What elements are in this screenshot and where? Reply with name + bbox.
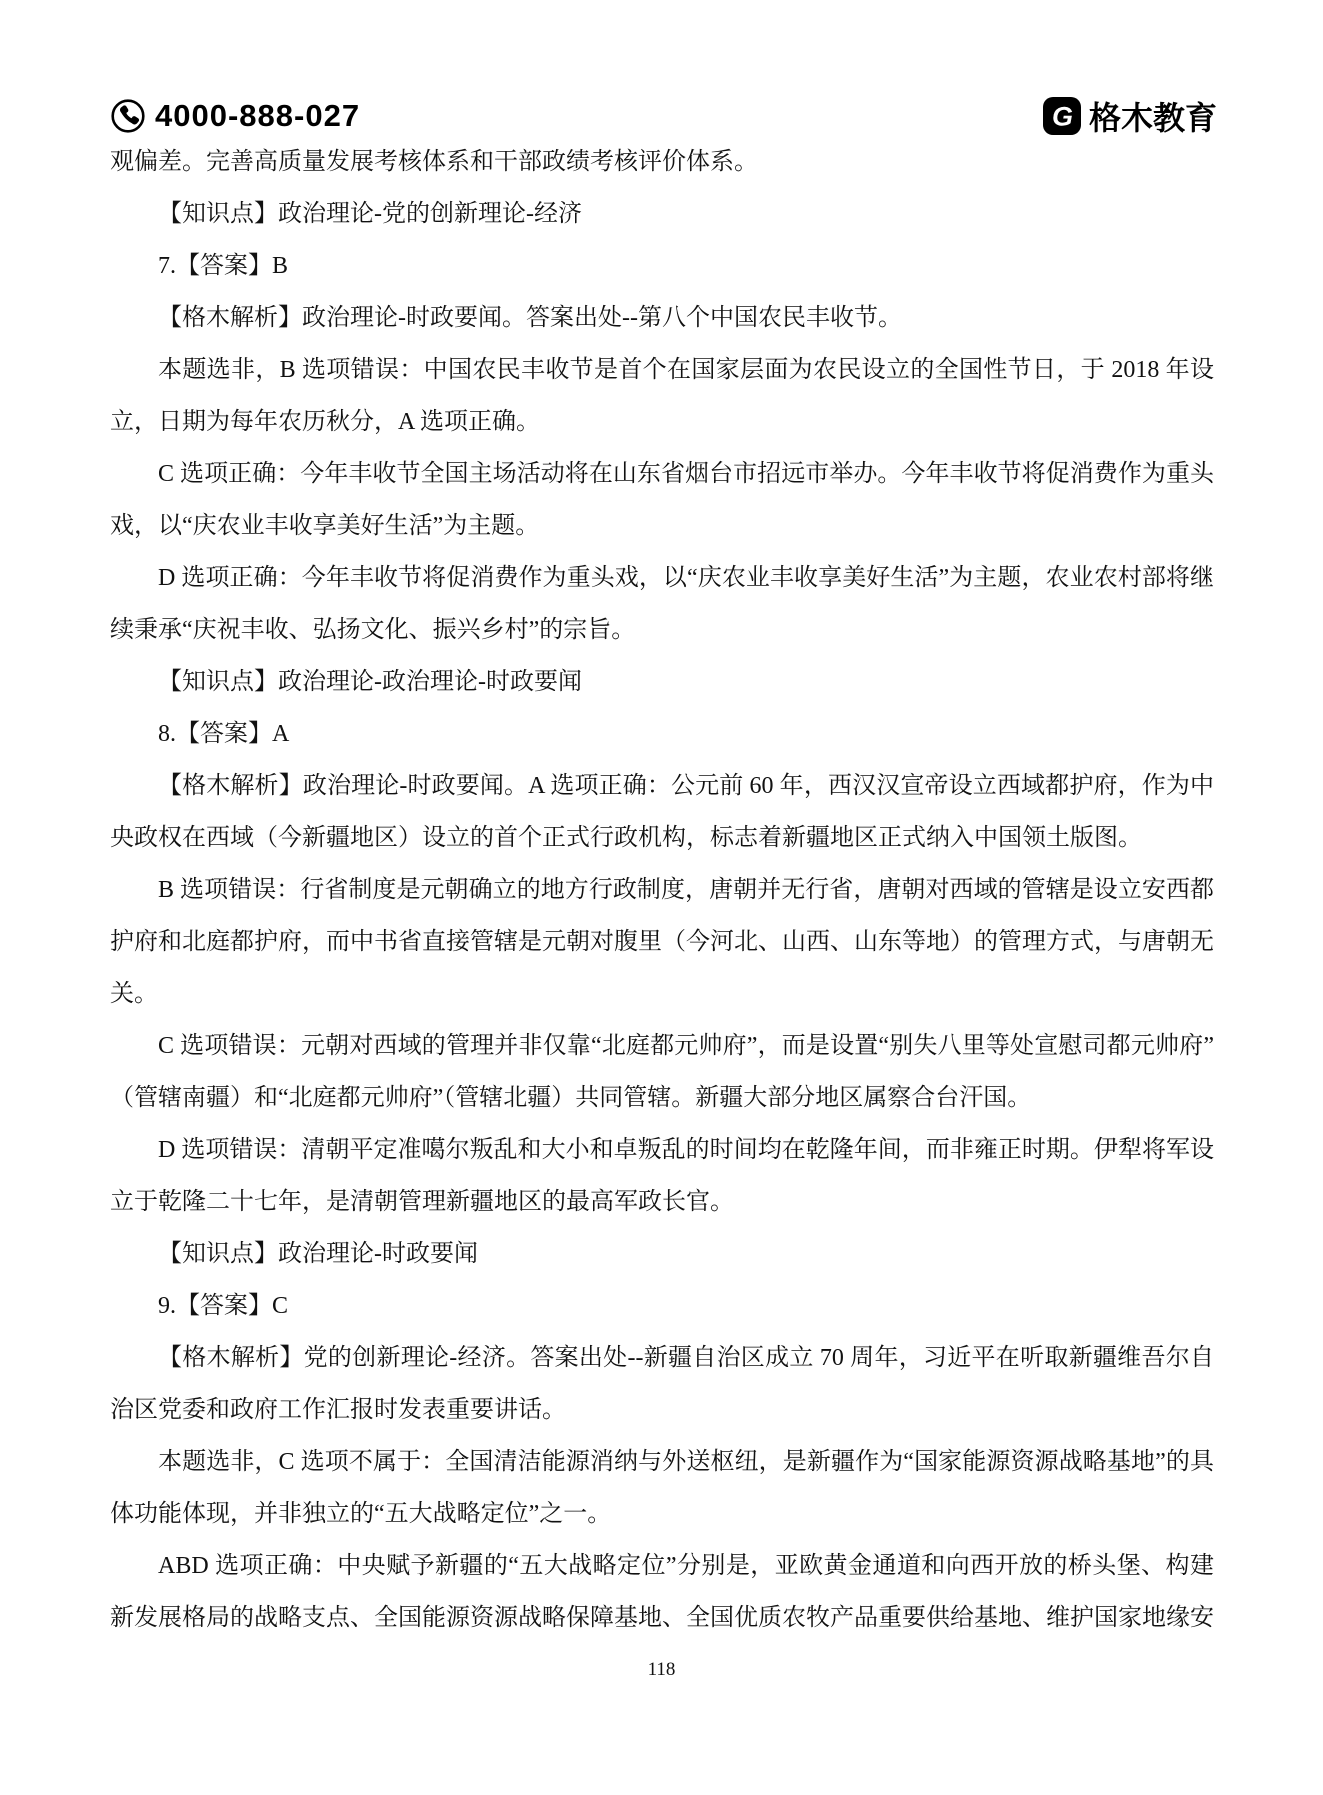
paragraph: B 选项错误：行省制度是元朝确立的地方行政制度，唐朝并无行省，唐朝对西域的管辖是… <box>110 864 1214 1020</box>
page-footer: 118 <box>0 1659 1323 1681</box>
paragraph: 【格木解析】政治理论-时政要闻。答案出处--第八个中国农民丰收节。 <box>110 292 1214 344</box>
paragraph: ABD 选项正确：中央赋予新疆的“五大战略定位”分别是，亚欧黄金通道和向西开放的… <box>110 1540 1214 1644</box>
paragraph: C 选项错误：元朝对西域的管理并非仅靠“北庭都元帅府”，而是设置“别失八里等处宣… <box>110 1020 1214 1124</box>
brand-logo: G 格木教育 <box>1042 93 1217 139</box>
brand-name: 格木教育 <box>1089 93 1217 139</box>
phone-icon <box>110 98 146 134</box>
paragraph: D 选项错误：清朝平定准噶尔叛乱和大小和卓叛乱的时间均在乾隆年间，而非雍正时期。… <box>110 1124 1214 1228</box>
brand-logo-icon: G <box>1042 96 1082 136</box>
document-body: 观偏差。完善高质量发展考核体系和干部政绩考核评价体系。【知识点】政治理论-党的创… <box>110 136 1214 1644</box>
phone-number: 4000-888-027 <box>155 98 360 134</box>
paragraph: 【知识点】政治理论-政治理论-时政要闻 <box>110 656 1214 708</box>
paragraph: D 选项正确：今年丰收节将促消费作为重头戏，以“庆农业丰收享美好生活”为主题，农… <box>110 552 1214 656</box>
paragraph: 7.【答案】B <box>110 240 1214 292</box>
paragraph: 本题选非，C 选项不属于：全国清洁能源消纳与外送枢纽，是新疆作为“国家能源资源战… <box>110 1436 1214 1540</box>
paragraph: C 选项正确：今年丰收节全国主场活动将在山东省烟台市招远市举办。今年丰收节将促消… <box>110 448 1214 552</box>
paragraph: 9.【答案】C <box>110 1280 1214 1332</box>
document-page: 4000-888-027 G 格木教育 观偏差。完善高质量发展考核体系和干部政绩… <box>0 0 1323 1795</box>
paragraph: 【格木解析】党的创新理论-经济。答案出处--新疆自治区成立 70 周年，习近平在… <box>110 1332 1214 1436</box>
paragraph: 【格木解析】政治理论-时政要闻。A 选项正确：公元前 60 年，西汉汉宣帝设立西… <box>110 760 1214 864</box>
paragraph: 观偏差。完善高质量发展考核体系和干部政绩考核评价体系。 <box>110 136 1214 188</box>
svg-text:G: G <box>1052 102 1073 132</box>
paragraph: 本题选非，B 选项错误：中国农民丰收节是首个在国家层面为农民设立的全国性节日，于… <box>110 344 1214 448</box>
paragraph: 8.【答案】A <box>110 708 1214 760</box>
paragraph: 【知识点】政治理论-时政要闻 <box>110 1228 1214 1280</box>
page-number: 118 <box>648 1659 676 1680</box>
header-phone: 4000-888-027 <box>110 98 360 134</box>
paragraph: 【知识点】政治理论-党的创新理论-经济 <box>110 188 1214 240</box>
page-header: 4000-888-027 G 格木教育 <box>110 92 1217 140</box>
